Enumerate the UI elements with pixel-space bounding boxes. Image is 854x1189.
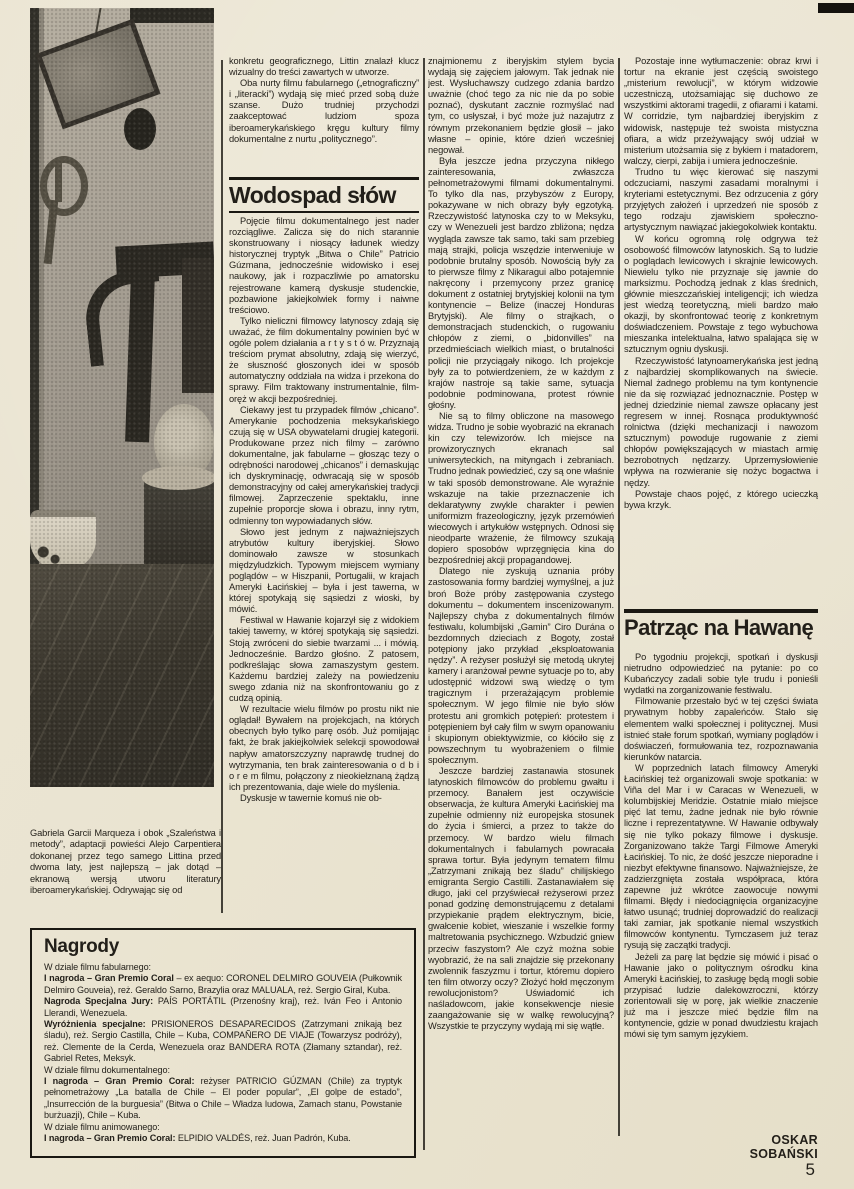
column-2-body: Pojęcie filmu dokumentalnego jest nader …	[229, 216, 419, 910]
author-last-name: SOBAŃSKI	[750, 1147, 818, 1161]
paragraph: Po tygodniu projekcji, spotkań i dyskusj…	[624, 652, 818, 696]
heading-rule-bottom	[229, 211, 419, 213]
paragraph: Powstaje chaos pojęć, z którego ucieczką…	[624, 489, 818, 511]
awards-entry: W dziale filmu dokumentalnego:	[44, 1065, 402, 1076]
awards-entry: Wyróżnienia specjalne: PRISIONEROS DESAP…	[44, 1019, 402, 1065]
paragraph: Nie są to filmy obliczone na masowego wi…	[428, 411, 614, 566]
magazine-page: konkretu geograficznego, Littin znalazł …	[0, 0, 854, 1189]
paragraph: Rzeczywistość latynoamerykańska jest jed…	[624, 356, 818, 489]
column-divider-2	[423, 58, 425, 1150]
awards-entry-lead: I nagroda – Gran Premio Coral:	[44, 1133, 175, 1143]
awards-entry-lead: Wyróżnienia specjalne:	[44, 1019, 146, 1029]
paragraph: Filmowanie przestało być w tej części św…	[624, 696, 818, 763]
page-corner-mark	[818, 3, 854, 13]
film-still-photo	[30, 8, 214, 787]
paragraph: Festiwal w Hawanie kojarzył się z widoki…	[229, 615, 419, 704]
paragraph: Była jeszcze jedna przyczyna nikłego zai…	[428, 156, 614, 411]
awards-entry: I nagroda – Gran Premio Coral: ELPIDIO V…	[44, 1133, 402, 1144]
awards-entry: I nagroda – Gran Premio Coral – ex aequo…	[44, 973, 402, 996]
section-heading-block: Wodospad słów	[229, 177, 419, 213]
photo-grain-overlay	[30, 8, 214, 787]
column-3-body: znajmionemu z iberyjskim stylem bycia wy…	[428, 56, 614, 1158]
author-byline: OSKAR SOBAŃSKI	[624, 1134, 818, 1161]
section-title-wodospad-slow: Wodospad słów	[229, 183, 419, 207]
section-title-patrzac-na-hawane: Patrząc na Hawanę	[624, 616, 818, 640]
paragraph: Jeszcze bardziej zastanawia stosunek lat…	[428, 766, 614, 1032]
paragraph: znajmionemu z iberyjskim stylem bycia wy…	[428, 56, 614, 156]
awards-entry: Nagroda Specjalna Jury: PAÍS PORTÁTIL (P…	[44, 996, 402, 1019]
heading-rule-top	[229, 177, 419, 180]
awards-entry: I nagroda – Gran Premio Coral: reżyser P…	[44, 1076, 402, 1122]
awards-entry-text: W dziale filmu fabularnego:	[44, 962, 151, 972]
paragraph: Trudno tu więc kierować się naszymi odcz…	[624, 167, 818, 234]
awards-entry: W dziale filmu fabularnego:	[44, 962, 402, 973]
paragraph: Dlatego nie zyskują uznania próby zastos…	[428, 566, 614, 766]
paragraph: Ciekawy jest tu przypadek filmów „chican…	[229, 405, 419, 527]
section-heading-block: Patrząc na Hawanę	[624, 609, 818, 644]
paragraph: Pozostaje inne wytłumaczenie: obraz krwi…	[624, 56, 818, 167]
paragraph: Jeżeli za parę lat będzie się mówić i pi…	[624, 952, 818, 1041]
column-4-body-top: Pozostaje inne wytłumaczenie: obraz krwi…	[624, 56, 818, 608]
paragraph: Tylko nieliczni filmowcy latynoscy zdają…	[229, 316, 419, 405]
column-2-intro: konkretu geograficznego, Littin znalazł …	[229, 56, 419, 177]
column-divider-1	[221, 60, 223, 913]
column-4-body-bottom: Po tygodniu projekcji, spotkań i dyskusj…	[624, 652, 818, 1132]
paragraph: Oba nurty filmu fabularnego („etnografic…	[229, 78, 419, 145]
author-first-name: OSKAR	[771, 1133, 818, 1147]
paragraph: W poprzednich latach filmowcy Ameryki Ła…	[624, 763, 818, 952]
paragraph: W końcu ogromną rolę odgrywa też osobowo…	[624, 234, 818, 356]
awards-entry: W dziale filmu animowanego:	[44, 1122, 402, 1133]
awards-entry-lead: I nagroda – Gran Premio Coral:	[44, 1076, 194, 1086]
paragraph: Dyskusje w tawernie komuś nie ob-	[229, 793, 419, 804]
page-number: 5	[775, 1160, 815, 1180]
awards-entry-lead: Nagroda Specjalna Jury:	[44, 996, 153, 1006]
awards-entry-text: W dziale filmu animowanego:	[44, 1122, 160, 1132]
photo-caption: Gabriela Garcii Marqueza i obok „Szaleńs…	[30, 828, 221, 928]
heading-rule-top	[624, 609, 818, 613]
awards-entry-text: W dziale filmu dokumentalnego:	[44, 1065, 170, 1075]
column-divider-3	[618, 58, 620, 1136]
paragraph: Słowo jest jednym z najważniejszych atry…	[229, 527, 419, 616]
awards-title: Nagrody	[44, 936, 402, 958]
awards-entry-lead: I nagroda – Gran Premio Coral	[44, 973, 174, 983]
paragraph: konkretu geograficznego, Littin znalazł …	[229, 56, 419, 78]
awards-box: Nagrody W dziale filmu fabularnego: I na…	[30, 928, 416, 1158]
paragraph: W rezultacie wielu filmów po prostu nikt…	[229, 704, 419, 793]
paragraph: Pojęcie filmu dokumentalnego jest nader …	[229, 216, 419, 316]
awards-entry-text: ELPIDIO VALDÉS, reż. Juan Padrón, Kuba.	[175, 1133, 350, 1143]
